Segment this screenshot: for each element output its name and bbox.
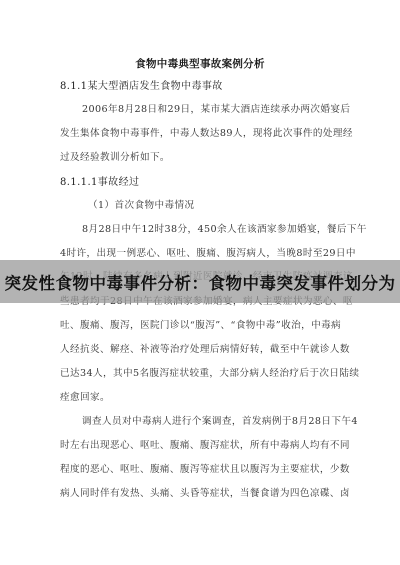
paragraph-line: 人经抗炎、解痉、补液等治疗处理后病情好转，截至中午就诊人数 (60, 341, 350, 355)
section-heading: 8.1.1某大型酒店发生食物中毒事故 (60, 77, 223, 92)
paragraph-line: 痊愈回家。 (60, 389, 110, 403)
paragraph-line: 已达34人，其中5名腹泻症状较重，大部分病人经治疗后于次日陆续 (60, 365, 359, 379)
document-title: 食物中毒典型事故案例分析 (0, 56, 400, 71)
paragraph-line: 8月28日中午12时38分，450余人在该酒家参加婚宴，餐后下午 (82, 221, 367, 235)
paragraph-line: 吐、腹痛、腹泻，医院门诊以“腹泻”、“食物中毒”收治，中毒病 (60, 317, 341, 331)
subsection-heading: 8.1.1.1事故经过 (60, 173, 139, 188)
paragraph-line: 4时许，出现一例恶心、呕吐、腹痛、腹泻病人，当晚8时至29日中 (60, 245, 356, 259)
item-heading: （1）首次食物中毒情况 (88, 197, 194, 211)
intro-line: 2006年8月28日和29日，某市某大酒店连续承办两次婚宴后 (82, 101, 350, 115)
paragraph-line: 病人同时伴有发热、头痛、头昏等症状，当餐食谱为四色凉碟、卤 (60, 485, 350, 499)
document-page: 食物中毒典型事故案例分析 8.1.1某大型酒店发生食物中毒事故 2006年8月2… (0, 0, 400, 565)
intro-line: 过及经验教训分析如下。 (60, 149, 170, 163)
paragraph-line: 程度的恶心、呕吐、腹痛、腹泻等症状且以腹泻为主要症状，少数 (60, 461, 350, 475)
paragraph-line: 调查人员对中毒病人进行个案调查，首发病例于8月28日下午4 (82, 413, 358, 427)
paragraph-line: 时左右出现恶心、呕吐、腹痛、腹泻症状，所有中毒病人均有不同 (60, 437, 350, 451)
banner-title: 突发性食物中毒事件分析：食物中毒突发事件划分为 (5, 270, 396, 294)
title-banner: 突发性食物中毒事件分析：食物中毒突发事件划分为 (0, 260, 400, 303)
intro-line: 发生集体食物中毒事件，中毒人数达89人，现将此次事件的处理经 (60, 125, 353, 139)
